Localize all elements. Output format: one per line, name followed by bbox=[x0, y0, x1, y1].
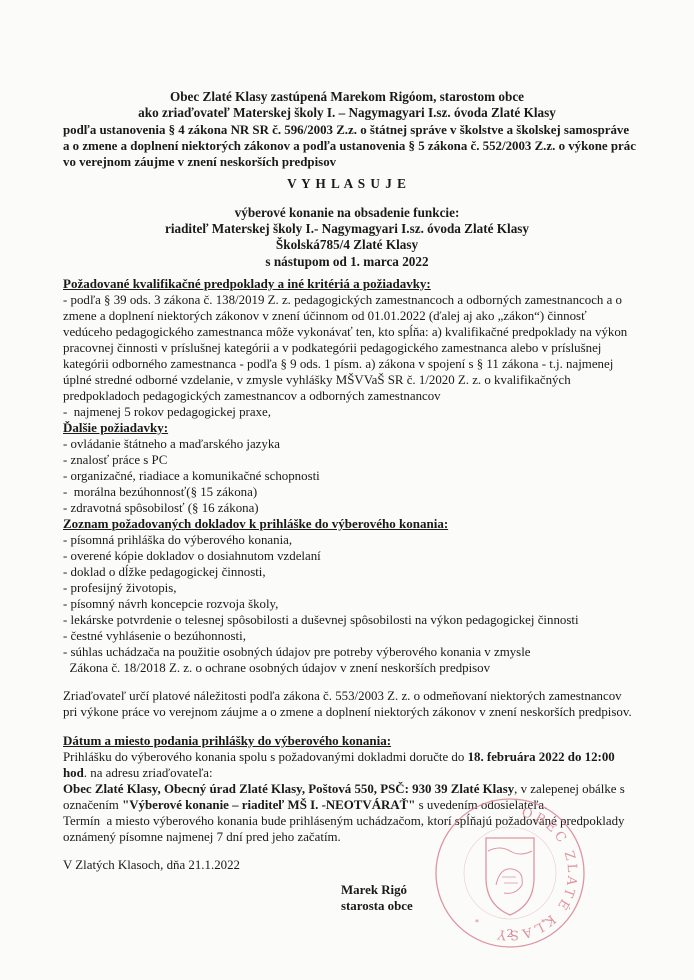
salary-line: pri výkone práce vo verejnom záujme a o … bbox=[63, 704, 644, 720]
document-item: - lekárske potvrdenie o telesnej spôsobi… bbox=[63, 612, 644, 628]
submission-line: Prihlášku do výberového konania spolu s … bbox=[63, 749, 644, 765]
other-requirement-item: - znalosť práce s PC bbox=[63, 452, 644, 468]
other-requirement-item: - ovládanie štátneho a maďarského jazyka bbox=[63, 436, 644, 452]
documents-heading: Zoznam požadovaných dokladov k prihláške… bbox=[63, 516, 448, 532]
other-requirement-item: - organizačné, riadiace a komunikačné sc… bbox=[63, 468, 644, 484]
submission-text: Prihlášku do výberového konania spolu s … bbox=[63, 750, 468, 764]
document-item: - písomný návrh koncepcie rozvoja školy, bbox=[63, 596, 644, 612]
other-requirements-heading: Ďalšie požiadavky: bbox=[63, 420, 168, 436]
announcement-line: s nástupom od 1. marca 2022 bbox=[0, 254, 694, 270]
requirements-line: - najmenej 5 rokov pedagogickej praxe, bbox=[63, 404, 644, 420]
requirements-line: - podľa § 39 ods. 3 zákona č. 138/2019 Z… bbox=[63, 292, 644, 308]
submission-text: . na adresu zriaďovateľa: bbox=[84, 766, 213, 780]
document-page: Obec Zlaté Klasy zastúpená Marekom Rigóo… bbox=[0, 0, 694, 980]
requirements-line: predpokladoch pedagogických zamestnancov… bbox=[63, 388, 644, 404]
announcement-title: V Y H L A S U J E bbox=[0, 176, 694, 192]
submission-line: hod. na adresu zriaďovateľa: bbox=[63, 765, 644, 781]
salary-line: Zriaďovateľ určí platové náležitosti pod… bbox=[63, 688, 644, 704]
official-stamp-icon: OBEC ZLATÉ KLASY * * 2 bbox=[430, 793, 590, 953]
header-line: Obec Zlaté Klasy zastúpená Marekom Rigóo… bbox=[0, 89, 694, 105]
requirements-line: pracovnej činnosti v príslušnej kategóri… bbox=[63, 340, 644, 356]
submission-heading: Dátum a miesto podania prihlášky do výbe… bbox=[63, 733, 391, 749]
requirements-line: vedúceho pedagogického zamestnanca môže … bbox=[63, 324, 644, 340]
document-item: - profesijný životopis, bbox=[63, 580, 644, 596]
header-line: vo verejnom záujme v znení neskorších pr… bbox=[63, 154, 336, 170]
document-item: Zákona č. 18/2018 Z. z. o ochrane osobný… bbox=[63, 660, 644, 676]
requirements-line: kategórii odborného zamestnanca - podľa … bbox=[63, 356, 644, 372]
document-item: - čestné vyhlásenie o bezúhonnosti, bbox=[63, 628, 644, 644]
other-requirement-item: - morálna bezúhonnosť(§ 15 zákona) bbox=[63, 484, 644, 500]
svg-text:*: * bbox=[541, 918, 545, 927]
document-item: - písomná prihláška do výberového konani… bbox=[63, 532, 644, 548]
header-line: a o zmene a doplnení niektorých zákonov … bbox=[63, 138, 636, 154]
announcement-line: výberové konanie na obsadenie funkcie: bbox=[0, 205, 694, 221]
signer-title: starosta obce bbox=[341, 898, 413, 914]
submission-text: označením bbox=[63, 798, 122, 812]
signer-name: Marek Rigó bbox=[341, 882, 407, 898]
document-item: - overené kópie dokladov o dosiahnutom v… bbox=[63, 548, 644, 564]
svg-text:*: * bbox=[475, 918, 479, 927]
requirements-line: úplné stredné odborné vzdelanie, v zmysl… bbox=[63, 372, 644, 388]
header-line: podľa ustanovenia § 4 zákona NR SR č. 59… bbox=[63, 122, 629, 138]
envelope-label: "Výberové konanie – riaditeľ MŠ I. -NEOT… bbox=[122, 798, 415, 812]
header-line: ako zriaďovateľ Materskej školy I. – Nag… bbox=[0, 105, 694, 121]
announcement-line: Školská785/4 Zlaté Klasy bbox=[0, 237, 694, 253]
document-item: - doklad o dĺžke pedagogickej činnosti, bbox=[63, 564, 644, 580]
submission-deadline-hod: hod bbox=[63, 766, 84, 780]
document-item: - súhlas uchádzača na použitie osobných … bbox=[63, 644, 644, 660]
announcement-line: riaditeľ Materskej školy I.- Nagymagyari… bbox=[0, 221, 694, 237]
other-requirement-item: - zdravotná spôsobilosť (§ 16 zákona) bbox=[63, 500, 644, 516]
stamp-number: 2 bbox=[507, 927, 514, 940]
requirements-heading: Požadované kvalifikačné predpoklady a in… bbox=[63, 276, 431, 292]
requirements-line: zmene a doplnení niektorých zákonov v zn… bbox=[63, 308, 644, 324]
submission-deadline: 18. februára 2022 do 12:00 bbox=[468, 750, 615, 764]
